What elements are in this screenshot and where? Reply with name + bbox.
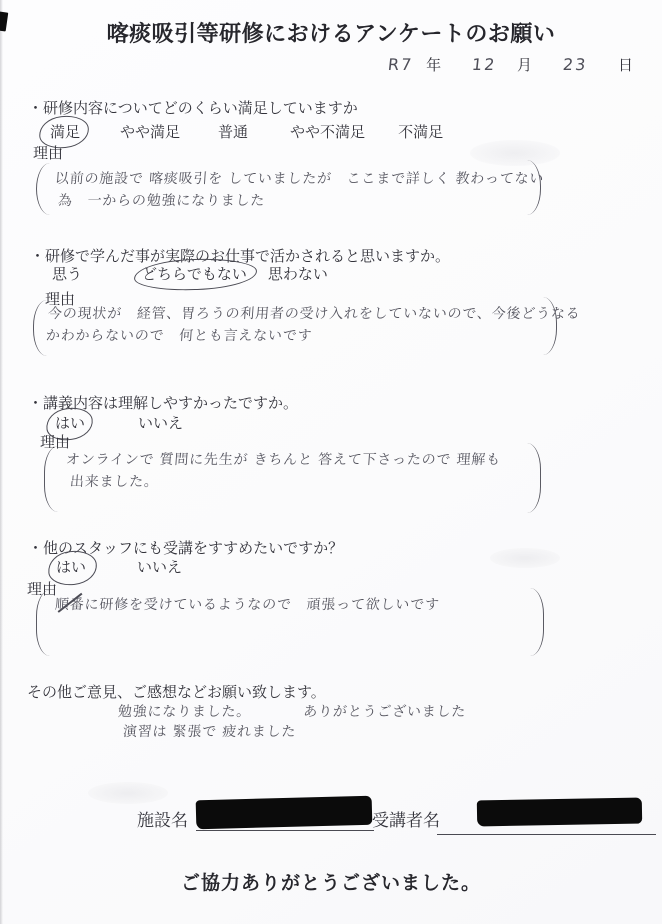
question-1-reason-line: 以前の施設で 喀痰吸引を していましたが ここまで詳しく 教わってない: [54, 168, 545, 188]
scan-smudge: [88, 782, 168, 804]
open-paren: [44, 446, 61, 512]
scan-smudge: [490, 548, 560, 568]
other-comments-line: 演習は 緊張で 疲れました: [122, 721, 297, 741]
question-4-reason-line: 順番に研修を受けているようなので 頑張って欲しいです: [54, 594, 440, 614]
other-comments-prompt: その他ご意見、ご感想などお願い致します。: [27, 681, 326, 702]
question-4-option-selected: はい: [56, 556, 86, 577]
question-2-reason-line: 今の現状が 経管、胃ろうの利用者の受け入れをしていないので、今後どうなる: [47, 303, 581, 323]
date-month-label: 月: [517, 56, 532, 74]
question-1-option: やや満足: [120, 121, 180, 142]
question-4-prompt: ・他のスタッフにも受講をすすめたいですか？: [28, 537, 343, 558]
question-2-options: 思う どちらでもない 思わない: [52, 263, 328, 284]
date-era-value: R7: [387, 55, 414, 74]
question-1-option: 普通: [218, 121, 248, 142]
scan-edge-shade: [0, 0, 3, 924]
open-paren: [36, 590, 53, 656]
facility-name-redaction: [196, 796, 373, 830]
question-4-option: いいえ: [137, 556, 182, 577]
question-3-option-selected: はい: [55, 412, 85, 433]
attendee-name-redaction: [477, 798, 642, 827]
question-1-options: 満足 やや満足 普通 やや不満足 不満足: [50, 121, 443, 142]
question-3-reason-line: オンラインで 質問に先生が きちんと 答えて下さったので 理解も: [65, 449, 501, 469]
close-paren: [527, 588, 544, 656]
question-3-reason-line: 出来ました。: [69, 471, 159, 491]
open-paren: [36, 163, 53, 215]
question-4-options: はい いいえ: [56, 556, 182, 577]
date-month-value: 12: [471, 55, 497, 74]
question-1-option: 不満足: [398, 121, 443, 142]
question-1-option: やや不満足: [290, 121, 365, 142]
question-1-reason-line: 為 一からの勉強になりました: [57, 190, 266, 210]
questionnaire-sheet: 喀痰吸引等研修におけるアンケートのお願い R7 年 12 月 23 日 ・研修内…: [0, 0, 662, 924]
question-2-option: 思う: [52, 263, 82, 284]
question-3-option: いいえ: [138, 412, 183, 433]
question-1-reason-label: 理由: [33, 142, 63, 163]
scan-smudge: [470, 140, 560, 166]
date-line: R7 年 12 月 23 日: [388, 54, 633, 75]
other-comments-line: 勉強になりました。 ありがとうございました: [117, 701, 467, 721]
closing-message: ご協力ありがとうございました。: [0, 868, 662, 895]
date-year-label: 年: [426, 56, 441, 74]
question-3-options: はい いいえ: [55, 412, 183, 433]
question-1-option-selected: 満足: [50, 121, 80, 142]
date-day-value: 23: [562, 55, 588, 74]
date-day-label: 日: [618, 56, 633, 74]
question-2-option: 思わない: [268, 263, 328, 284]
question-3-prompt: ・講義内容は理解しやすかったですか。: [28, 392, 298, 413]
page-title: 喀痰吸引等研修におけるアンケートのお願い: [0, 17, 662, 48]
question-2-option-selected: どちらでもない: [142, 263, 247, 284]
attendee-label: 受講者名: [372, 806, 440, 831]
question-1-prompt: ・研修内容についてどのくらい満足していますか: [28, 97, 358, 118]
facility-label: 施設名: [137, 806, 188, 831]
question-2-reason-line: かわからないので 何とも言えないです: [45, 325, 313, 345]
close-paren: [524, 443, 541, 513]
